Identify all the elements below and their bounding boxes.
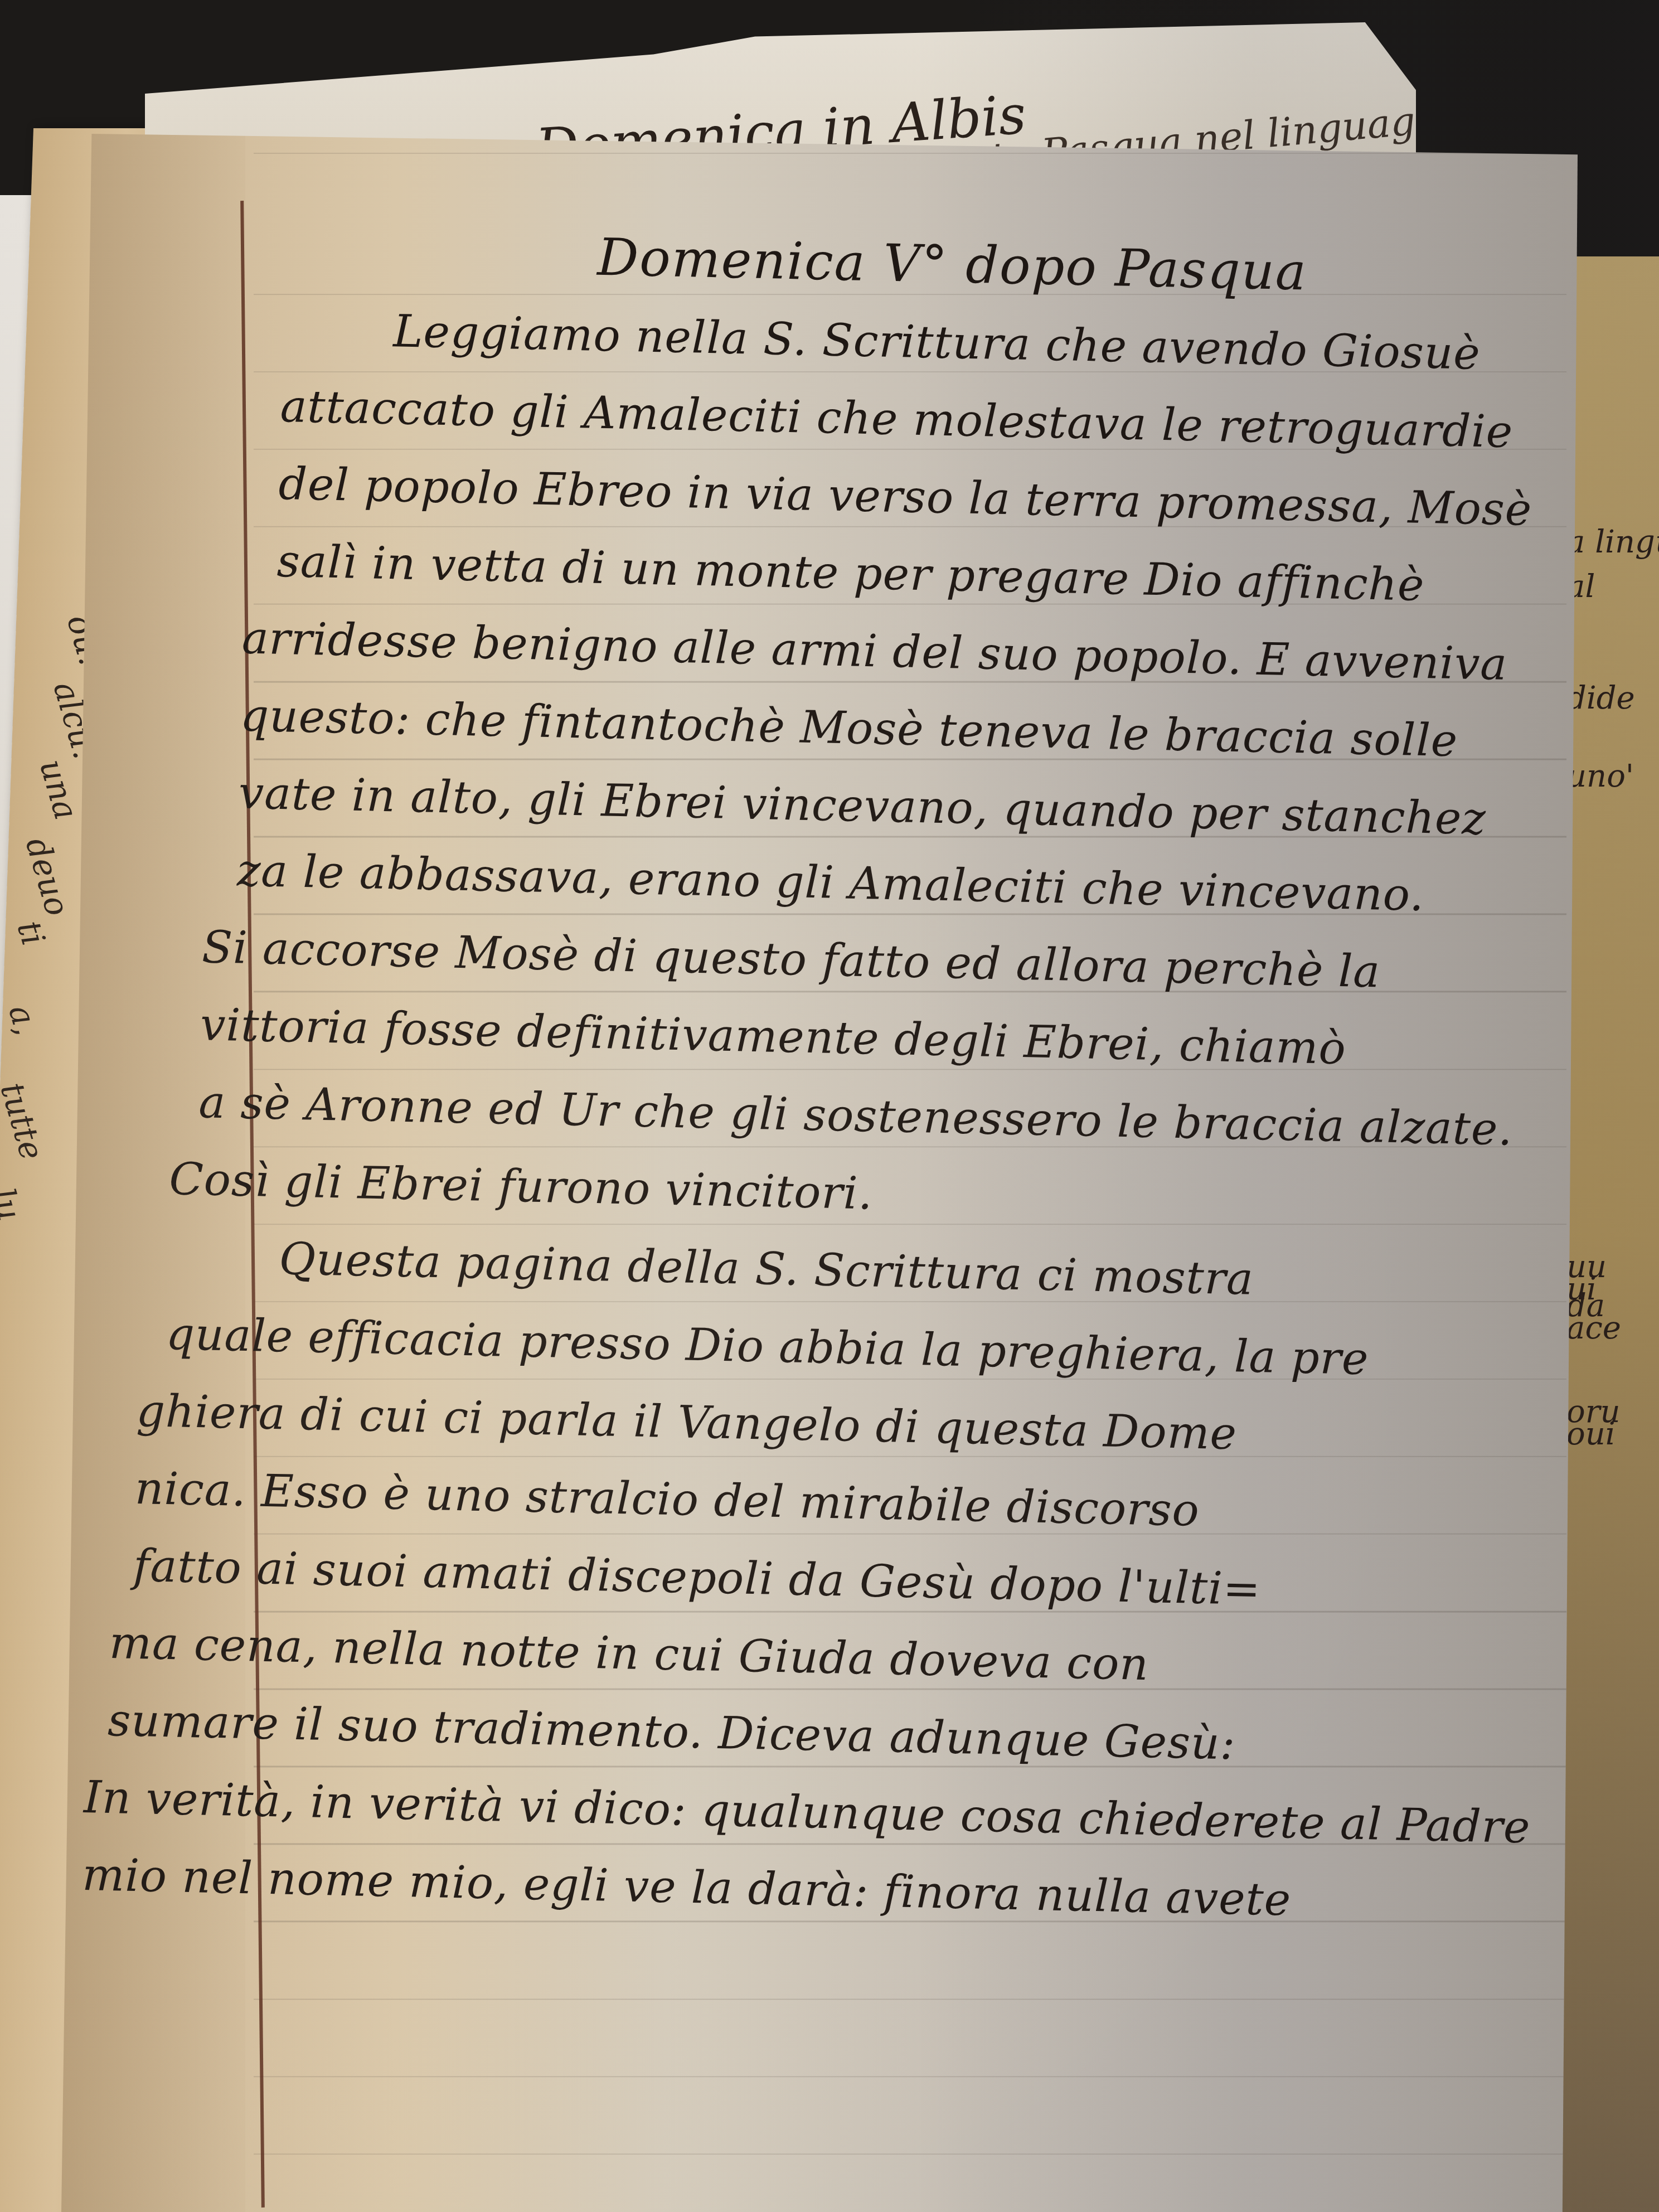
sermon-text: Domenica V° dopo Pasqua Leggiamo nella S…: [249, 212, 1566, 1943]
right-fragment: dide: [1566, 680, 1635, 716]
left-fragment: lu: [0, 1183, 29, 1225]
right-fragment: uno': [1566, 758, 1634, 794]
left-fragment: a,: [1, 1000, 46, 1039]
left-fragment: tutte: [0, 1078, 51, 1165]
right-fragment: ace: [1566, 1310, 1621, 1346]
left-fragment: ti: [10, 916, 53, 950]
right-fragment: a lingu: [1566, 524, 1659, 560]
main-handwritten-page: Domenica V° dopo Pasqua Leggiamo nella S…: [61, 134, 1578, 2212]
right-sheet: a lingu al dide uno' uu ui da ace oru ou…: [1561, 256, 1659, 2212]
left-fragment: deuo: [18, 832, 77, 920]
left-fragment: una: [32, 754, 86, 824]
right-fragment: oui: [1566, 1416, 1616, 1452]
